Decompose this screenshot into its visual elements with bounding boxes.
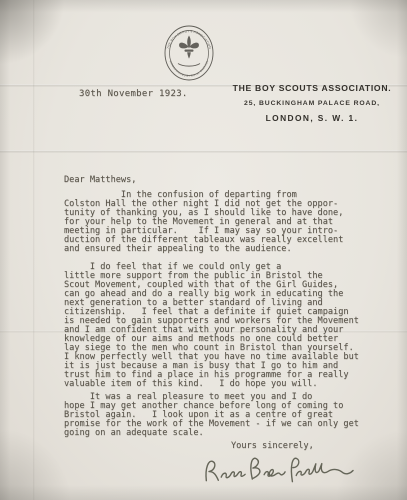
letter-body: In the confusion of departing from Colst…	[64, 191, 359, 438]
fleur-de-lis-icon	[179, 36, 199, 59]
letter-page: THE BOY SCOUT'S ASSOCIATION INCORPORATED…	[0, 0, 407, 500]
org-address: 25, BUCKINGHAM PALACE ROAD,	[224, 100, 400, 107]
paper-crease	[33, 0, 35, 500]
association-seal: THE BOY SCOUT'S ASSOCIATION INCORPORATED…	[162, 24, 216, 82]
salutation: Dear Matthews,	[64, 175, 136, 185]
valediction: Yours sincerely,	[231, 441, 314, 451]
signature-baden-powell	[199, 449, 365, 491]
paper-crease	[0, 150, 407, 153]
letter-date: 30th November 1923.	[79, 89, 188, 99]
org-name: THE BOY SCOUTS ASSOCIATION.	[224, 83, 400, 93]
org-city: LONDON, S. W. 1.	[224, 113, 400, 123]
letter-paragraph-3: It was a real pleasure to meet you and I…	[64, 393, 359, 438]
letterhead-block: THE BOY SCOUTS ASSOCIATION. 25, BUCKINGH…	[224, 83, 400, 123]
letter-paragraph-2: I do feel that if we could only get a li…	[64, 263, 359, 389]
letter-paragraph-1: In the confusion of departing from Colst…	[64, 191, 359, 254]
seal-scroll	[178, 64, 200, 67]
